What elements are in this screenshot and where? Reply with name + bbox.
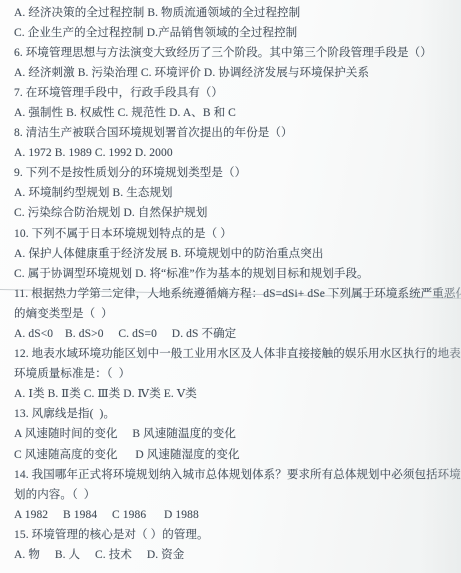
text-line-q7: 7. 在环境管理手段中，行政手段具有（） [14,83,453,103]
text-line-q10-options-cd: C. 属于协调型环境规划 D. 将“标准”作为基本的规划目标和规划手段。 [14,264,453,284]
text-line-q11-options: A. dS<0 B. dS>0 C. dS=0 D. dS 不确定 [14,324,453,344]
text-line-q14-part2: 划的内容。（ ） [14,485,453,505]
text-line-q13-options-cd: C 风速随高度的变化 D 风速随湿度的变化 [14,445,453,465]
text-line-q11-part1: 11. 根据热力学第二定律，人地系统遵循熵方程：dS=dSi+ dSe 下列属于… [14,284,453,304]
text-line-q9-options-ab: A. 环境制约型规划 B. 生态规划 [14,183,453,203]
text-line-q15: 15. 环境管理的核心是对（ ）的管理。 [14,525,453,545]
text-line-q13: 13. 风廓线是指( )。 [14,404,453,424]
text-line-q8: 8. 清洁生产被联合国环境规划署首次提出的年份是（） [14,123,453,143]
text-line-q6-options: A. 经济刺激 B. 污染治理 C. 环境评价 D. 协调经济发展与环境保护关系 [14,63,453,83]
text-line-q12-part1: 12. 地表水域环境功能区划中一般工业用水区及人体非直接接触的娱乐用水区执行的地… [14,344,453,364]
document-page: A. 经济决策的全过程控制 B. 物质流通领域的全过程控制 C. 企业生产的全过… [0,0,461,573]
text-line-q12-part2: 环境质量标准是：（ ） [14,364,453,384]
text-line-q10: 10. 下列不属于日本环境规划特点的是（ ） [14,224,453,244]
text-line-q8-options: A. 1972 B. 1989 C. 1992 D. 2000 [14,143,453,163]
text-line-q14-part1: 14. 我国哪年正式将环境规划纳入城市总体规划体系？要求所有总体规划中必须包括环… [14,465,453,485]
text-line-q5-options-cd: C. 企业生产的全过程控制 D.产品销售领域的全过程控制 [14,23,453,43]
text-line-q12-options: A. Ⅰ类 B. Ⅱ类 C. Ⅲ类 D. Ⅳ类 E. Ⅴ类 [14,384,453,404]
text-line-q9-options-cd: C. 污染综合防治规划 D. 自然保护规划 [14,203,453,223]
text-line-q7-options: A. 强制性 B. 权威性 C. 规范性 D. A、B 和 C [14,103,453,123]
text-line-q10-options-ab: A. 保护人体健康重于经济发展 B. 环境规划中的防治重点突出 [14,244,453,264]
text-line-q9: 9. 下列不是按性质划分的环境规划类型是（） [14,163,453,183]
text-line-q13-options-ab: A 风速随时间的变化 B 风速随温度的变化 [14,424,453,444]
text-line-q5-options-ab: A. 经济决策的全过程控制 B. 物质流通领域的全过程控制 [14,3,453,23]
text-line-q6: 6. 环境管理思想与方法演变大致经历了三个阶段。其中第三个阶段管理手段是（） [14,43,453,63]
text-line-q11-part2: 的熵变类型是（ ） [14,304,453,324]
text-line-q14-options: A 1982 B 1984 C 1986 D 1988 [14,505,453,525]
text-line-q15-options: A. 物 B. 人 C. 技术 D. 资金 [14,545,453,565]
